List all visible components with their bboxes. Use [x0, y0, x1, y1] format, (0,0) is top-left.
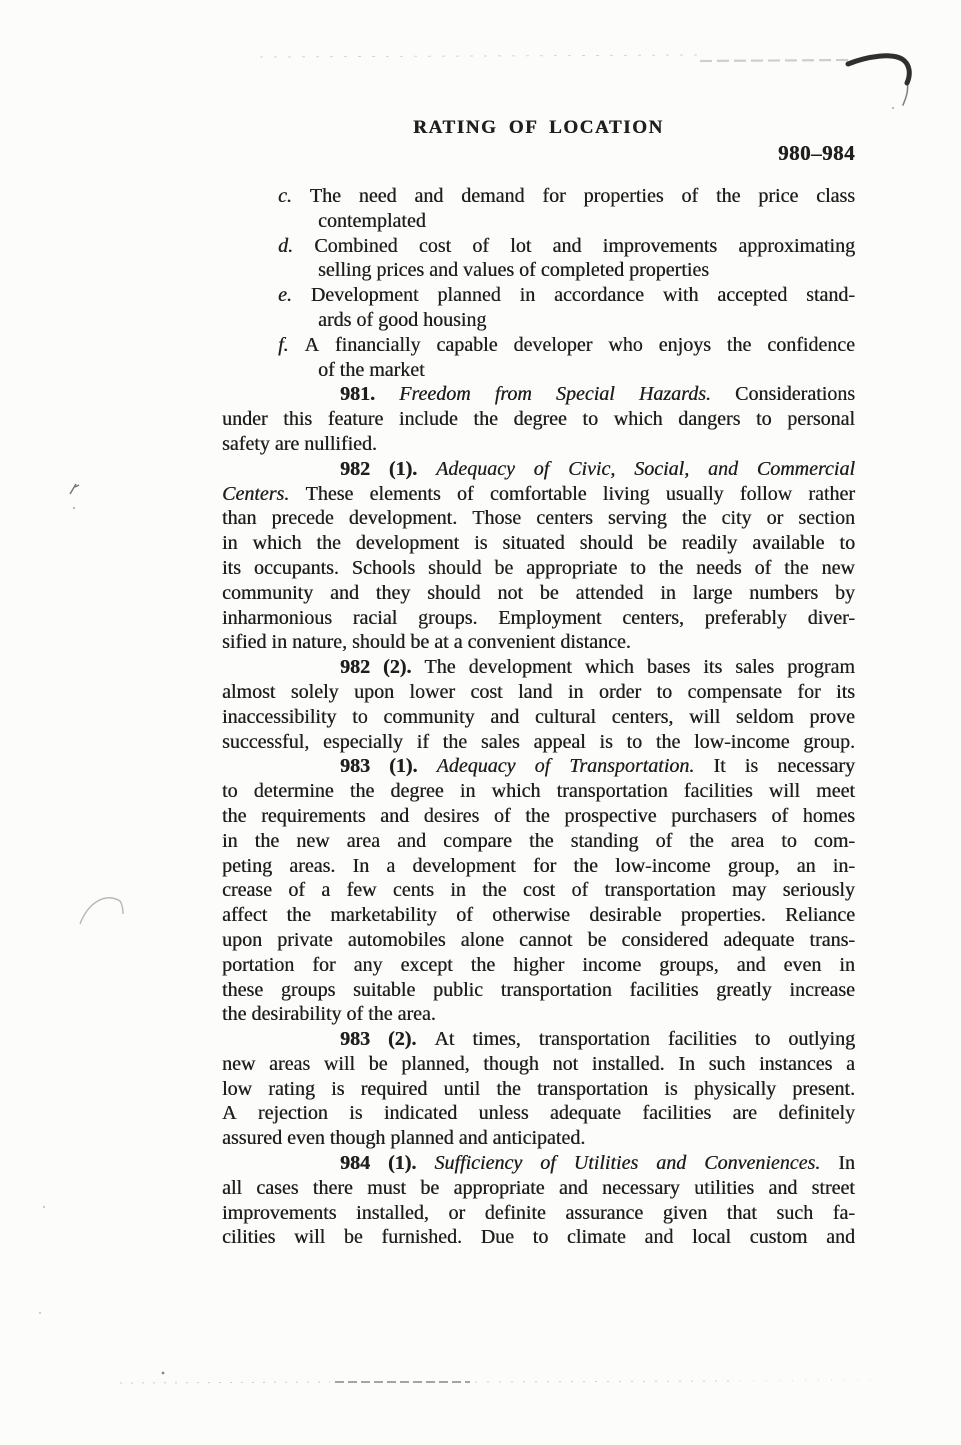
paragraph-982-1: 982(1).AdequacyofCivic,Social,andCommerc…	[222, 457, 855, 655]
word: demand	[461, 184, 524, 209]
word: readily	[682, 531, 738, 556]
word: of	[681, 184, 698, 209]
word: in	[660, 581, 676, 606]
scan-artifact-bottom-dotted-rule	[120, 1372, 880, 1383]
word: (2).	[388, 1027, 416, 1052]
text-line: contemplated	[222, 209, 855, 234]
text-line: inwhichthedevelopmentissituatedshouldber…	[222, 531, 855, 556]
word: program	[787, 655, 855, 680]
word: installed,	[356, 1201, 429, 1226]
text-segment: contemplated	[318, 210, 426, 232]
word: development.	[349, 506, 457, 531]
word: its	[836, 680, 855, 705]
word: physically	[694, 1077, 776, 1102]
word: which	[614, 407, 663, 432]
word: which	[585, 655, 634, 680]
text-line: 981.FreedomfromSpecialHazards.Considerat…	[222, 382, 855, 407]
scan-artifact-corner-hook	[848, 56, 909, 109]
word: section	[798, 506, 855, 531]
text-line: f.Afinanciallycapabledeveloperwhoenjoyst…	[222, 333, 855, 358]
word: stand-	[806, 283, 855, 308]
word: centers,	[622, 606, 684, 631]
word: areas.	[289, 854, 335, 879]
word: lot	[510, 234, 531, 259]
word: 983	[340, 1027, 370, 1052]
word: requirements	[261, 804, 365, 829]
word: and	[330, 581, 359, 606]
word: installed.	[592, 1052, 665, 1077]
word: of	[288, 878, 305, 903]
word: diver-	[808, 606, 855, 631]
word: area	[731, 829, 764, 854]
word: enjoys	[659, 333, 711, 358]
text-line: 983(1).AdequacyofTransportation.Itisnece…	[222, 754, 855, 779]
word: usually	[666, 482, 724, 507]
word: an	[797, 854, 816, 879]
paragraph-983-2: 983(2).Attimes,transportationfacilitiest…	[222, 1027, 855, 1151]
word: be	[540, 581, 559, 606]
word: 984	[340, 1151, 370, 1176]
text-line: therequirementsanddesiresoftheprospectiv…	[222, 804, 855, 829]
word: indicated	[384, 1101, 457, 1126]
word: definite	[485, 1201, 546, 1226]
word: groups,	[659, 953, 718, 978]
text-segment: the desirability of the area.	[222, 1003, 436, 1025]
word: Hazards.	[639, 382, 711, 407]
word: a	[386, 854, 395, 879]
word: and	[559, 1176, 588, 1201]
word: in	[520, 283, 536, 308]
word: the	[471, 953, 495, 978]
word: of	[571, 878, 588, 903]
word: in	[450, 878, 466, 903]
word: low	[222, 1077, 252, 1102]
word: comfortable	[490, 482, 587, 507]
word: (1).	[388, 1151, 416, 1176]
word: successful,	[222, 730, 309, 755]
word: cilities	[222, 1225, 275, 1250]
word: solely	[291, 680, 339, 705]
word: personal	[787, 407, 855, 432]
word: the	[727, 333, 751, 358]
word: rating	[268, 1077, 315, 1102]
word: Combined	[314, 234, 397, 259]
word: prospective	[564, 804, 656, 829]
word: increase	[789, 978, 855, 1003]
word: present.	[792, 1077, 855, 1102]
word: needs	[696, 556, 742, 581]
word: the	[482, 878, 506, 903]
word: groups.	[418, 606, 477, 631]
text-line: inharmoniousracialgroups.Employmentcente…	[222, 606, 855, 631]
word: to	[781, 829, 797, 854]
word: numbers	[749, 581, 818, 606]
word: new	[296, 829, 329, 854]
word: Special	[556, 382, 615, 407]
word: income	[582, 953, 641, 978]
word: under	[222, 407, 268, 432]
word: utilities	[694, 1176, 754, 1201]
word: planned,	[401, 1052, 469, 1077]
word: the	[443, 730, 467, 755]
word: the	[222, 804, 246, 829]
text-line: e.Developmentplannedinaccordancewithacce…	[222, 283, 855, 308]
word: to	[352, 705, 368, 730]
word: large	[693, 581, 733, 606]
word: purchasers	[671, 804, 757, 829]
word: cost	[523, 878, 555, 903]
word: the	[255, 829, 279, 854]
word: properties	[584, 184, 664, 209]
word: few	[347, 878, 377, 903]
word: Due	[481, 1225, 514, 1250]
word: and	[553, 234, 582, 259]
word: planned	[437, 283, 500, 308]
word: alone	[461, 928, 504, 953]
word: to	[222, 779, 238, 804]
word: to	[533, 1225, 549, 1250]
word: suitable	[353, 978, 415, 1003]
word: financially	[335, 333, 421, 358]
text-line: inaccessibilitytocommunityandculturalcen…	[222, 705, 855, 730]
word: in	[568, 680, 584, 705]
word: and	[380, 804, 409, 829]
word: In	[352, 854, 369, 879]
word: public	[433, 978, 483, 1003]
word: transportation	[539, 1027, 650, 1052]
text-segment: selling prices and values of completed p…	[318, 259, 709, 281]
word: local	[692, 1225, 731, 1250]
word: facilities	[630, 978, 699, 1003]
word: its	[222, 556, 241, 581]
word: situated	[502, 531, 564, 556]
word: to	[582, 407, 598, 432]
word: even	[784, 953, 822, 978]
word: of	[771, 804, 788, 829]
word: and	[708, 457, 738, 482]
word: groups	[281, 978, 335, 1003]
word: facilities	[642, 1101, 711, 1126]
word: 982	[340, 457, 370, 482]
word: serving	[608, 506, 667, 531]
word: for	[312, 953, 335, 978]
word: Commercial	[757, 457, 855, 482]
word: developer	[513, 333, 592, 358]
text-line: newareaswillbeplanned,thoughnotinstalled…	[222, 1052, 855, 1077]
text-line: successful,especiallyifthesalesappealist…	[222, 730, 855, 755]
word: transportation	[604, 878, 715, 903]
word: centers,	[612, 705, 674, 730]
word: In	[838, 1151, 855, 1176]
scan-artifact-left-tick	[70, 484, 79, 509]
word: (2).	[383, 655, 411, 680]
word: will	[689, 705, 720, 730]
word: Reliance	[785, 903, 855, 928]
word: attended	[576, 581, 644, 606]
word: who	[608, 333, 642, 358]
word: low-income	[694, 730, 790, 755]
word: to	[755, 1027, 771, 1052]
word: cost	[470, 680, 502, 705]
word: not	[497, 581, 523, 606]
word: lower	[409, 680, 455, 705]
word: automobiles	[348, 928, 446, 953]
word: the	[656, 730, 680, 755]
word: necessary	[602, 1176, 680, 1201]
word: is	[745, 754, 758, 779]
word: d.	[278, 234, 293, 259]
list-item-c: c.Theneedanddemandforpropertiesofthepric…	[222, 184, 855, 234]
text-line: the desirability of the area.	[222, 1002, 855, 1027]
word: is	[349, 1101, 362, 1126]
word: development	[412, 854, 515, 879]
word: and	[826, 1225, 855, 1250]
word: climate	[567, 1225, 626, 1250]
word: Centers.	[222, 482, 289, 507]
word: from	[495, 382, 532, 407]
text-line: inthenewareaandcomparethestandingofthear…	[222, 829, 855, 854]
word: The	[310, 184, 341, 209]
list-item-f: f.Afinanciallycapabledeveloperwhoenjoyst…	[222, 333, 855, 383]
word: considered	[621, 928, 708, 953]
word: c.	[278, 184, 292, 209]
word: is	[599, 730, 612, 755]
text-line: thanprecededevelopment.Thosecentersservi…	[222, 506, 855, 531]
word: and	[768, 1176, 797, 1201]
word: which	[492, 779, 541, 804]
word: be	[587, 928, 606, 953]
word: prove	[809, 705, 855, 730]
word: upon	[222, 928, 262, 953]
word: of	[494, 804, 511, 829]
word: the	[784, 556, 808, 581]
word: land	[518, 680, 552, 705]
word: should	[580, 531, 633, 556]
word: in-	[833, 854, 855, 879]
word: that	[727, 1201, 757, 1226]
word: definitely	[778, 1101, 855, 1126]
word: approximating	[738, 234, 855, 259]
word: Those	[472, 506, 521, 531]
word: centers	[536, 506, 593, 531]
text-line: lowratingisrequireduntilthetransportatio…	[222, 1077, 855, 1102]
word: occupants.	[254, 556, 339, 581]
word: A	[222, 1101, 236, 1126]
word: dangers	[678, 407, 740, 432]
word: low-income	[615, 854, 711, 879]
text-segment: ards of good housing	[318, 309, 486, 331]
word: desires	[424, 804, 480, 829]
word: a	[846, 1052, 855, 1077]
word: transportation	[501, 978, 612, 1003]
text-line: 982(2).Thedevelopmentwhichbasesitssalesp…	[222, 655, 855, 680]
text-line: safety are nullified.	[222, 432, 855, 457]
word: is	[664, 1077, 677, 1102]
word: the	[716, 184, 740, 209]
word: transportation	[557, 779, 668, 804]
text-line: portationforanyexceptthehigherincomegrou…	[222, 953, 855, 978]
word: cents	[393, 878, 434, 903]
word: and	[397, 829, 426, 854]
word: to	[630, 556, 646, 581]
page-number: 980–984	[222, 141, 855, 166]
word: determine	[254, 779, 334, 804]
word: by	[835, 581, 855, 606]
word: to	[756, 407, 772, 432]
word: this	[283, 407, 312, 432]
word: these	[222, 978, 263, 1003]
word: In	[678, 1052, 695, 1077]
word: precede	[272, 506, 334, 531]
word: group,	[728, 854, 780, 879]
text-line: c.Theneedanddemandforpropertiesofthepric…	[222, 184, 855, 209]
word: compare	[443, 829, 512, 854]
word: in	[222, 531, 238, 556]
word: Employment	[498, 606, 601, 631]
word: area	[347, 829, 380, 854]
word: appropriate	[453, 1176, 544, 1201]
word: greatly	[716, 978, 772, 1003]
text-line: 983(2).Attimes,transportationfacilitiest…	[222, 1027, 855, 1052]
word: Civic,	[568, 457, 615, 482]
text-line: 982(1).AdequacyofCivic,Social,andCommerc…	[222, 457, 855, 482]
word: sales	[481, 730, 520, 755]
word: to	[627, 730, 643, 755]
word: areas	[269, 1052, 310, 1077]
word: there	[313, 1176, 353, 1201]
word: Adequacy	[436, 457, 515, 482]
word: the	[316, 531, 340, 556]
word: Social,	[634, 457, 689, 482]
word: accordance	[554, 283, 644, 308]
word: Considerations	[735, 382, 855, 407]
word: cost	[419, 234, 451, 259]
word: follow	[740, 482, 792, 507]
word: in	[222, 829, 238, 854]
word: times,	[472, 1027, 520, 1052]
word: seldom	[736, 705, 794, 730]
word: Schools	[352, 556, 415, 581]
word: and	[656, 1151, 686, 1176]
word: capable	[436, 333, 497, 358]
text-line: almostsolelyuponlowercostlandinordertoco…	[222, 680, 855, 705]
word: homes	[803, 804, 855, 829]
word: order	[599, 680, 641, 705]
text-line: 984(1).SufficiencyofUtilitiesandConvenie…	[222, 1151, 855, 1176]
word: not	[553, 1052, 579, 1077]
text-line: of the market	[222, 358, 855, 383]
text-line: uponprivateautomobilesalonecannotbeconsi…	[222, 928, 855, 953]
word: the	[496, 1077, 520, 1102]
text-line: communityandtheyshouldnotbeattendedinlar…	[222, 581, 855, 606]
paragraph-983-1: 983(1).AdequacyofTransportation.Itisnece…	[222, 754, 855, 1027]
scanned-document-page: RATING OF LOCATION 980–984 c.Theneedandd…	[0, 0, 961, 1445]
word: be	[648, 531, 667, 556]
word: cannot	[519, 928, 572, 953]
word: is	[331, 1077, 344, 1102]
word: may	[732, 878, 766, 903]
word: must	[367, 1176, 406, 1201]
word: affect	[222, 903, 267, 928]
word: marketability	[330, 903, 437, 928]
word: (1).	[389, 457, 417, 482]
word: 982	[340, 655, 370, 680]
word: available	[752, 531, 824, 556]
word: degree	[390, 779, 443, 804]
word: if	[417, 730, 429, 755]
word: outlying	[788, 1027, 855, 1052]
word: in	[839, 953, 855, 978]
word: be	[369, 1052, 388, 1077]
word: furnished.	[381, 1225, 462, 1250]
word: appropriate	[526, 556, 617, 581]
list-item-d: d.Combinedcostoflotandimprovementsapprox…	[222, 234, 855, 284]
word: At	[434, 1027, 454, 1052]
word: of	[457, 482, 474, 507]
word: f.	[278, 333, 289, 358]
word: Conveniences.	[704, 1151, 820, 1176]
word: elements	[370, 482, 441, 507]
word: necessary	[777, 754, 855, 779]
word: standing	[571, 829, 639, 854]
word: such	[776, 1201, 813, 1226]
word: they	[376, 581, 410, 606]
word: community	[222, 581, 313, 606]
word: price	[758, 184, 798, 209]
word: fa-	[833, 1201, 855, 1226]
word: com-	[814, 829, 855, 854]
word: confidence	[767, 333, 855, 358]
word: portation	[222, 953, 294, 978]
scan-artifact-top-dotted-rule	[260, 55, 848, 61]
word: of	[535, 754, 551, 779]
word: trans-	[809, 928, 855, 953]
word: except	[400, 953, 452, 978]
word: improvements	[603, 234, 717, 259]
word: are	[733, 1101, 757, 1126]
word: than	[222, 506, 256, 531]
word: the	[525, 804, 549, 829]
text-line: Centers.Theseelementsofcomfortableliving…	[222, 482, 855, 507]
text-segment: safety are nullified.	[222, 433, 377, 455]
word: unless	[479, 1101, 529, 1126]
word: sales	[735, 655, 774, 680]
word: its	[703, 655, 722, 680]
word: until	[443, 1077, 480, 1102]
word: city	[721, 506, 751, 531]
paragraph-981: 981.FreedomfromSpecialHazards.Considerat…	[222, 382, 855, 456]
word: 983	[340, 754, 370, 779]
word: new	[822, 556, 855, 581]
word: be	[420, 1176, 439, 1201]
scan-artifact-left-arc	[39, 898, 123, 1314]
word: and	[644, 1225, 673, 1250]
word: rejection	[258, 1101, 328, 1126]
text-line: assured even though planned and anticipa…	[222, 1126, 855, 1151]
word: higher	[513, 953, 564, 978]
word: transportation	[537, 1077, 648, 1102]
word: or	[448, 1201, 465, 1226]
word: and	[737, 953, 766, 978]
word: such	[709, 1052, 746, 1077]
paragraph-982-2: 982(2).Thedevelopmentwhichbasesitssalesp…	[222, 655, 855, 754]
text-line: improvementsinstalled,ordefiniteassuranc…	[222, 1201, 855, 1226]
word: though	[483, 1052, 539, 1077]
word: need	[359, 184, 397, 209]
word: should	[428, 556, 481, 581]
word: Freedom	[399, 382, 470, 407]
word: assurance	[565, 1201, 643, 1226]
